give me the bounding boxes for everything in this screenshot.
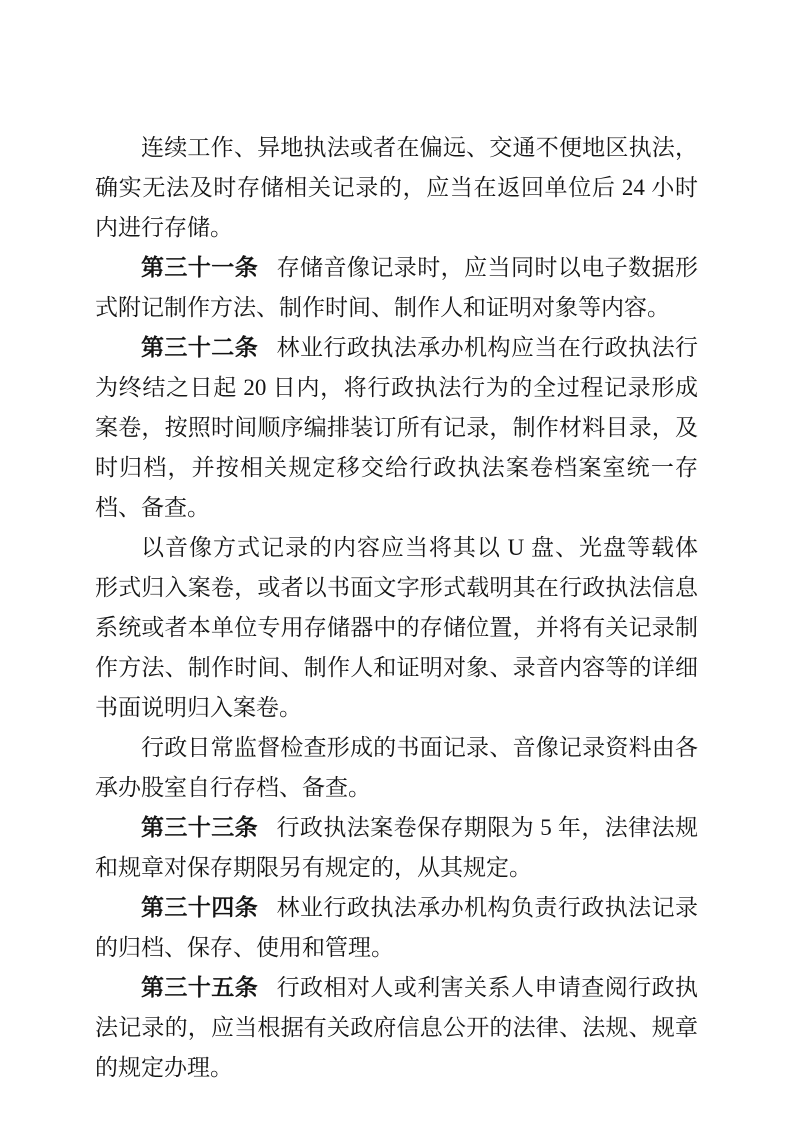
- document-page: 连续工作、异地执法或者在偏远、交通不便地区执法，确实无法及时存储相关记录的，应当…: [0, 0, 793, 1122]
- paragraph-text: 以音像方式记录的内容应当将其以 U 盘、光盘等载体形式归入案卷，或者以书面文字形…: [95, 535, 698, 720]
- article-paragraph: 第三十二条林业行政执法承办机构应当在行政执法行为终结之日起 20 日内，将行政执…: [95, 328, 698, 528]
- article-number: 第三十三条: [141, 815, 258, 840]
- document-body: 连续工作、异地执法或者在偏远、交通不便地区执法，确实无法及时存储相关记录的，应当…: [95, 128, 698, 1088]
- article-paragraph: 第三十一条存储音像记录时，应当同时以电子数据形式附记制作方法、制作时间、制作人和…: [95, 248, 698, 328]
- article-number: 第三十一条: [141, 255, 258, 280]
- article-number: 第三十五条: [141, 975, 258, 1000]
- article-paragraph: 第三十三条行政执法案卷保存期限为 5 年，法律法规和规章对保存期限另有规定的，从…: [95, 808, 698, 888]
- paragraph-text: 林业行政执法承办机构应当在行政执法行为终结之日起 20 日内，将行政执法行为的全…: [95, 335, 698, 520]
- paragraph: 以音像方式记录的内容应当将其以 U 盘、光盘等载体形式归入案卷，或者以书面文字形…: [95, 528, 698, 728]
- article-number: 第三十四条: [141, 895, 258, 920]
- paragraph: 连续工作、异地执法或者在偏远、交通不便地区执法，确实无法及时存储相关记录的，应当…: [95, 128, 698, 248]
- article-paragraph: 第三十四条林业行政执法承办机构负责行政执法记录的归档、保存、使用和管理。: [95, 888, 698, 968]
- article-paragraph: 第三十五条行政相对人或利害关系人申请查阅行政执法记录的，应当根据有关政府信息公开…: [95, 968, 698, 1088]
- paragraph: 行政日常监督检查形成的书面记录、音像记录资料由各承办股室自行存档、备查。: [95, 728, 698, 808]
- paragraph-text: 行政日常监督检查形成的书面记录、音像记录资料由各承办股室自行存档、备查。: [95, 735, 698, 800]
- paragraph-text: 连续工作、异地执法或者在偏远、交通不便地区执法，确实无法及时存储相关记录的，应当…: [95, 135, 698, 240]
- article-number: 第三十二条: [141, 335, 258, 360]
